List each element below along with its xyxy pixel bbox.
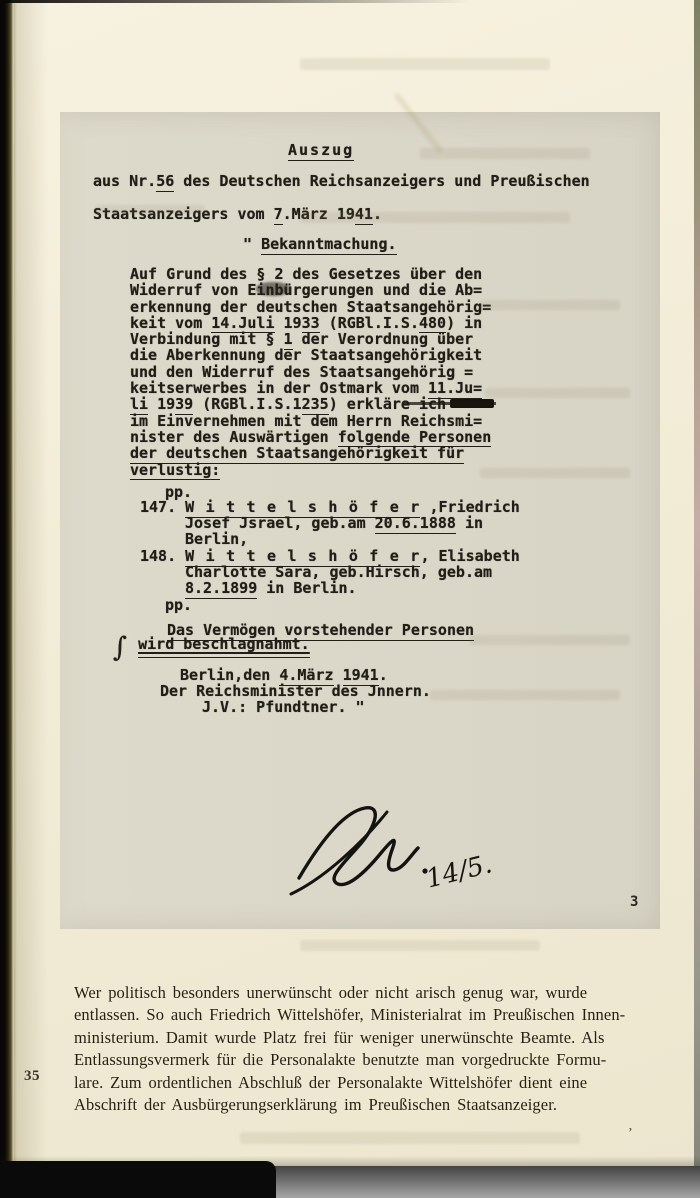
doc-date: Berlin,den 4.März 1941.	[180, 667, 388, 683]
bleedthrough-text	[300, 58, 550, 70]
bleedthrough-text	[470, 635, 630, 645]
scanned-document: Auszugaus Nr.56 des Deutschen Reichsanze…	[60, 112, 660, 929]
doc-entry148-1: 148. W i t t e l s h ö f e r, Elisabeth	[140, 548, 520, 564]
doc-body: Auf Grund des § 2 des Gesetzes über denW…	[130, 266, 510, 478]
bleedthrough-text	[480, 300, 620, 310]
bleedthrough-text	[485, 388, 630, 398]
page-bottom-left-edge	[0, 1161, 276, 1198]
page-left-vignette	[14, 0, 48, 1164]
page-top-edge	[0, 0, 470, 3]
doc-entry148-2: Charlotte Sara, geb.Hirsch, geb.am	[185, 564, 492, 580]
bleedthrough-text	[240, 1132, 580, 1144]
doc-entry148-3: 8.2.1899 in Berlin.	[185, 580, 357, 596]
bleedthrough-text	[95, 205, 205, 214]
doc-entry147-3: Berlin,	[185, 531, 248, 547]
doc-entry147-1: 147. W i t t e l s h ö f e r ,Friedrich	[140, 499, 520, 515]
book-page: Auszugaus Nr.56 des Deutschen Reichsanze…	[0, 0, 700, 1198]
doc-verm-2: ∫ wird beschlagnahmt.	[113, 636, 310, 656]
doc-title: Auszug	[288, 142, 354, 158]
stray-mark: ’	[628, 1126, 633, 1142]
scan-page-number: 3	[630, 894, 638, 910]
doc-heading: " Bekanntmachung.	[243, 236, 397, 252]
doc-pp-2: pp.	[165, 597, 192, 613]
doc-entry147-2: Josef Jsrael, geb.am 20.6.1888 in	[185, 515, 483, 531]
signature-date: 14/5.	[423, 849, 495, 894]
bleedthrough-text	[300, 212, 570, 223]
page-left-edge	[0, 0, 17, 1198]
bleedthrough-text	[300, 940, 540, 951]
bleedthrough-text	[480, 468, 630, 478]
doc-deputy: J.V.: Pfundtner. "	[202, 699, 365, 715]
overtype-correction	[256, 282, 290, 296]
signature: 14/5.	[285, 800, 500, 905]
signature-stroke	[299, 808, 418, 885]
bleedthrough-text	[430, 690, 620, 700]
bleedthrough-text	[420, 148, 590, 159]
caption-text: Wer politisch besonders unerwünscht oder…	[74, 982, 662, 1116]
doc-source-1: aus Nr.56 des Deutschen Reichsanzeigers …	[93, 173, 590, 189]
page-right-edge	[694, 0, 700, 1168]
doc-signer: Der Reichsminister des Jnnern.	[160, 683, 431, 699]
